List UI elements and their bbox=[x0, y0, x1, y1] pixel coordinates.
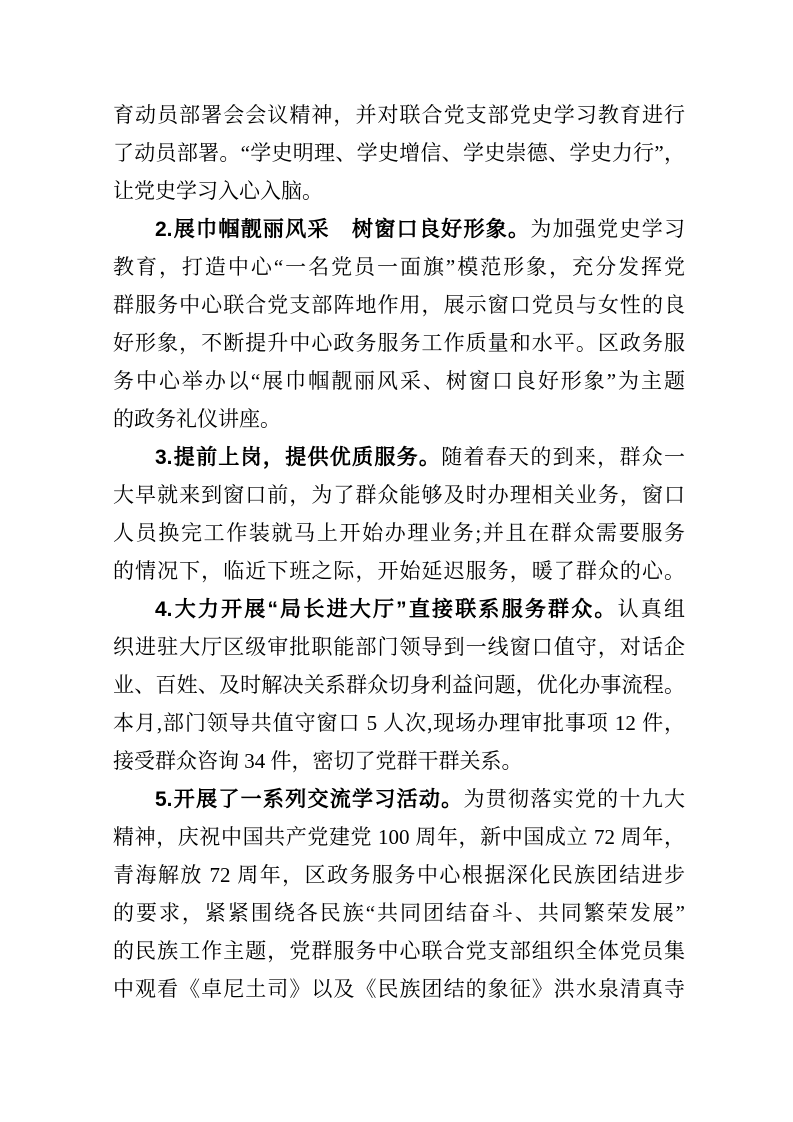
paragraph-body-text: 教育，打造中心“一名党员一面旗”模范形象，充分发挥党 bbox=[113, 255, 685, 279]
paragraph-body-text: 育动员部署会会议精神，并对联合党支部党史学习教育进行 bbox=[113, 103, 685, 127]
paragraph-body-text: 为贯彻落实党的十九大 bbox=[463, 787, 685, 811]
paragraph-body-text: 中观看《卓尼土司》以及《民族团结的象征》洪水泉清真寺 bbox=[113, 977, 685, 1001]
text-line: 的民族工作主题，党群服务中心联合党支部组织全体党员集 bbox=[113, 932, 685, 970]
text-line: 让党史学习入心入脑。 bbox=[113, 172, 685, 210]
paragraph-body-text: 的政务礼仪讲座。 bbox=[113, 407, 281, 431]
text-line: 业、百姓、及时解决关系群众切身利益问题，优化办事流程。 bbox=[113, 666, 685, 704]
text-line: 织进驻大厅区级审批职能部门领导到一线窗口值守，对话企 bbox=[113, 628, 685, 666]
text-line: 大早就来到窗口前，为了群众能够及时办理相关业务，窗口 bbox=[113, 476, 685, 514]
paragraph-body-text: 的民族工作主题，党群服务中心联合党支部组织全体党员集 bbox=[113, 939, 685, 963]
paragraph-body-text: 让党史学习入心入脑。 bbox=[113, 179, 323, 203]
paragraph-body-text: 大早就来到窗口前，为了群众能够及时办理相关业务，窗口 bbox=[113, 483, 685, 507]
text-line: 教育，打造中心“一名党员一面旗”模范形象，充分发挥党 bbox=[113, 248, 685, 286]
paragraph-body-text: 接受群众咨询 34 件，密切了党群干群关系。 bbox=[113, 749, 523, 773]
text-line: 群服务中心联合党支部阵地作用，展示窗口党员与女性的良 bbox=[113, 286, 685, 324]
text-line: 人员换完工作装就马上开始办理业务;并且在群众需要服务 bbox=[113, 514, 685, 552]
paragraph-body-text: 好形象，不断提升中心政务服务工作质量和水平。区政务服 bbox=[113, 331, 685, 355]
paragraph-heading-text: 3.提前上岗，提供优质服务。 bbox=[155, 446, 441, 469]
paragraph-body-text: 人员换完工作装就马上开始办理业务;并且在群众需要服务 bbox=[113, 521, 685, 545]
text-line: 精神，庆祝中国共产党建党 100 周年，新中国成立 72 周年， bbox=[113, 818, 685, 856]
text-line: 了动员部署。“学史明理、学史增信、学史崇德、学史力行”， bbox=[113, 134, 685, 172]
paragraph-body-text: 本月,部门领导共值守窗口 5 人次,现场办理审批事项 12 件， bbox=[113, 711, 685, 735]
text-line: 5.开展了一系列交流学习活动。为贯彻落实党的十九大 bbox=[113, 780, 685, 818]
paragraph-body-text: 随着春天的到来，群众一 bbox=[441, 445, 685, 469]
paragraph-body-text: 务中心举办以“展巾帼靓丽风采、树窗口良好形象”为主题 bbox=[113, 369, 685, 393]
text-line: 的要求，紧紧围绕各民族“共同团结奋斗、共同繁荣发展” bbox=[113, 894, 685, 932]
text-line: 4.大力开展“局长进大厅”直接联系服务群众。认真组 bbox=[113, 590, 685, 628]
paragraph-body-text: 的情况下，临近下班之际，开始延迟服务，暖了群众的心。 bbox=[113, 559, 685, 583]
paragraph-body-text: 精神，庆祝中国共产党建党 100 周年，新中国成立 72 周年， bbox=[113, 825, 685, 849]
text-line: 3.提前上岗，提供优质服务。随着春天的到来，群众一 bbox=[113, 438, 685, 476]
document-page: 育动员部署会会议精神，并对联合党支部党史学习教育进行了动员部署。“学史明理、学史… bbox=[0, 0, 793, 1122]
text-line: 本月,部门领导共值守窗口 5 人次,现场办理审批事项 12 件， bbox=[113, 704, 685, 742]
paragraph-body-text: 的要求，紧紧围绕各民族“共同团结奋斗、共同繁荣发展” bbox=[113, 901, 685, 925]
paragraph-heading-text: 2.展巾帼靓丽风采 树窗口良好形象。 bbox=[155, 218, 530, 241]
paragraph-body-text: 群服务中心联合党支部阵地作用，展示窗口党员与女性的良 bbox=[113, 293, 685, 317]
paragraph-body-text: 业、百姓、及时解决关系群众切身利益问题，优化办事流程。 bbox=[113, 673, 685, 697]
paragraph-body-text: 认真组 bbox=[618, 597, 685, 621]
document-text: 育动员部署会会议精神，并对联合党支部党史学习教育进行了动员部署。“学史明理、学史… bbox=[113, 96, 685, 1008]
text-line: 2.展巾帼靓丽风采 树窗口良好形象。为加强党史学习 bbox=[113, 210, 685, 248]
text-line: 好形象，不断提升中心政务服务工作质量和水平。区政务服 bbox=[113, 324, 685, 362]
text-line: 中观看《卓尼土司》以及《民族团结的象征》洪水泉清真寺 bbox=[113, 970, 685, 1008]
paragraph-body-text: 为加强党史学习 bbox=[530, 217, 685, 241]
text-line: 的情况下，临近下班之际，开始延迟服务，暖了群众的心。 bbox=[113, 552, 685, 590]
paragraph-heading-text: 4.大力开展“局长进大厅”直接联系服务群众。 bbox=[155, 598, 618, 621]
text-line: 的政务礼仪讲座。 bbox=[113, 400, 685, 438]
paragraph-body-text: 青海解放 72 周年，区政务服务中心根据深化民族团结进步 bbox=[113, 863, 685, 887]
text-line: 务中心举办以“展巾帼靓丽风采、树窗口良好形象”为主题 bbox=[113, 362, 685, 400]
text-line: 育动员部署会会议精神，并对联合党支部党史学习教育进行 bbox=[113, 96, 685, 134]
paragraph-heading-text: 5.开展了一系列交流学习活动。 bbox=[155, 788, 463, 811]
paragraph-body-text: 织进驻大厅区级审批职能部门领导到一线窗口值守，对话企 bbox=[113, 635, 685, 659]
text-line: 青海解放 72 周年，区政务服务中心根据深化民族团结进步 bbox=[113, 856, 685, 894]
paragraph-body-text: 了动员部署。“学史明理、学史增信、学史崇德、学史力行”， bbox=[113, 141, 685, 165]
text-line: 接受群众咨询 34 件，密切了党群干群关系。 bbox=[113, 742, 685, 780]
